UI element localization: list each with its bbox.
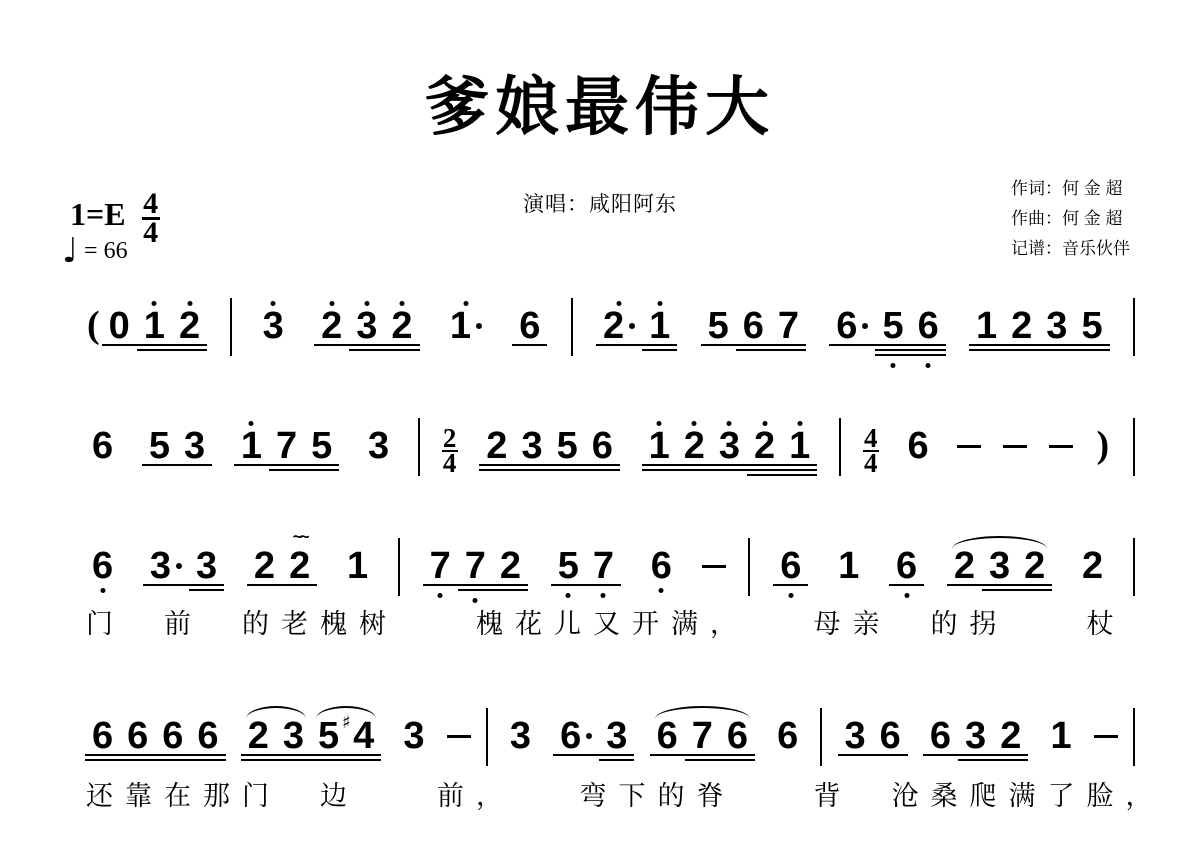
note-group: 6666 bbox=[85, 722, 226, 750]
beam-line bbox=[479, 464, 514, 466]
augmentation-dot bbox=[176, 563, 182, 569]
beam-line bbox=[550, 469, 585, 471]
note-group: 6 bbox=[85, 432, 120, 460]
note: 3 bbox=[514, 432, 549, 460]
beam-line bbox=[875, 349, 910, 351]
note: 5 bbox=[875, 312, 910, 340]
note-group: 656 bbox=[829, 312, 945, 340]
dash-note bbox=[1003, 445, 1027, 448]
note-number: 5 bbox=[558, 552, 579, 580]
note-number: 2 bbox=[486, 432, 507, 460]
note: 5 bbox=[142, 432, 177, 460]
note-number: 6 bbox=[651, 552, 672, 580]
note: 2 bbox=[596, 312, 642, 340]
note-number: 1 bbox=[649, 432, 670, 460]
beam-line bbox=[137, 344, 172, 346]
note-group: ) bbox=[1094, 432, 1111, 460]
note-number: 5 bbox=[557, 432, 578, 460]
meter-numerator: 4 bbox=[143, 192, 158, 216]
note: 6 bbox=[720, 722, 755, 750]
note-number: 1 bbox=[976, 312, 997, 340]
note: 3 bbox=[189, 552, 224, 580]
note-number: 2 bbox=[1024, 552, 1045, 580]
beam-line bbox=[190, 754, 225, 756]
beam-line bbox=[712, 469, 747, 471]
note-group: 676 bbox=[650, 722, 755, 750]
note-group: 3 bbox=[361, 432, 396, 460]
beam-line bbox=[677, 469, 712, 471]
note: 6 bbox=[889, 552, 924, 580]
barline bbox=[839, 418, 841, 476]
slur-arc bbox=[952, 536, 1047, 549]
beam-line bbox=[85, 759, 120, 761]
note: 6 bbox=[85, 722, 120, 750]
note: 6 bbox=[736, 312, 771, 340]
note-group: (012 bbox=[85, 312, 207, 340]
note-number: 2 bbox=[1011, 312, 1032, 340]
note-group: 6 bbox=[889, 552, 924, 580]
note-group: 3 bbox=[396, 722, 431, 750]
beam-line bbox=[947, 584, 982, 586]
beam-line bbox=[586, 584, 621, 586]
beam-line bbox=[969, 344, 1004, 346]
beam-line bbox=[1039, 349, 1074, 351]
note: 2 bbox=[993, 722, 1028, 750]
beam-line bbox=[685, 759, 720, 761]
note-number: 3 bbox=[510, 722, 531, 750]
note: 6 bbox=[650, 722, 685, 750]
beam-line bbox=[514, 464, 549, 466]
note: 6 bbox=[85, 432, 120, 460]
note-group: 632 bbox=[923, 722, 1028, 750]
note: 6 bbox=[923, 722, 958, 750]
note: 5 bbox=[304, 432, 339, 460]
octave-dot-high bbox=[187, 301, 192, 306]
note-number: 5 bbox=[311, 432, 332, 460]
octave-dot-high bbox=[463, 301, 468, 306]
beam-line bbox=[349, 344, 384, 346]
note-group: 567 bbox=[701, 312, 806, 340]
notation-credit: 记谱：音乐伙伴 bbox=[1011, 234, 1130, 264]
beam-line bbox=[550, 464, 585, 466]
note-number: 1 bbox=[649, 312, 670, 340]
note: 2 bbox=[384, 312, 419, 340]
barline bbox=[820, 708, 822, 766]
note-number: 2 bbox=[254, 552, 275, 580]
score-line-2: 653175324235612321446) bbox=[85, 432, 1135, 460]
octave-dot-low bbox=[473, 598, 478, 603]
note-number: 1 bbox=[144, 312, 165, 340]
note-group: 232 bbox=[314, 312, 419, 340]
note: 2 bbox=[1017, 552, 1052, 580]
credits-block: 作词：何 金 超 作曲：何 金 超 记谱：音乐伙伴 bbox=[1011, 174, 1130, 264]
note-number: 3 bbox=[521, 432, 542, 460]
note: 2 bbox=[747, 432, 782, 460]
note-number: 3 bbox=[1046, 312, 1067, 340]
mordent-icon: ~~ bbox=[293, 528, 307, 545]
note-group: 36 bbox=[838, 722, 908, 750]
beam-line bbox=[172, 344, 207, 346]
beam-line bbox=[551, 584, 586, 586]
note: 5 bbox=[311, 722, 346, 750]
beam-line bbox=[650, 754, 685, 756]
note-group: 1 bbox=[340, 552, 375, 580]
note-group: 6 bbox=[85, 552, 120, 580]
note: 6 bbox=[911, 312, 946, 340]
octave-dot-low bbox=[788, 593, 793, 598]
beam-line bbox=[234, 464, 269, 466]
note-number: 6 bbox=[780, 552, 801, 580]
note-number: 2 bbox=[954, 552, 975, 580]
note-group: 57 bbox=[551, 552, 621, 580]
note-group: 1 bbox=[443, 312, 489, 340]
beam-line bbox=[276, 759, 311, 761]
barline bbox=[1133, 708, 1135, 766]
note-group: 6 bbox=[512, 312, 547, 340]
octave-dot-high bbox=[727, 421, 732, 426]
beam-line bbox=[512, 344, 547, 346]
octave-dot-low bbox=[659, 588, 664, 593]
octave-dot-high bbox=[152, 301, 157, 306]
note-number: 2 bbox=[391, 312, 412, 340]
beam-line bbox=[172, 349, 207, 351]
note: 3 bbox=[599, 722, 634, 750]
beam-line bbox=[642, 349, 677, 351]
note-number: 3 bbox=[263, 312, 284, 340]
note-number: 2 bbox=[1000, 722, 1021, 750]
note-number: 1 bbox=[450, 312, 471, 340]
note-number: 5 bbox=[318, 722, 339, 750]
note-number: 5 bbox=[149, 432, 170, 460]
octave-dot-high bbox=[329, 301, 334, 306]
octave-dot-high bbox=[692, 421, 697, 426]
beam-line bbox=[911, 349, 946, 351]
beam-line bbox=[958, 754, 993, 756]
beam-line bbox=[423, 584, 458, 586]
beam-line bbox=[782, 474, 817, 476]
beam-line bbox=[349, 349, 384, 351]
note-number: 3 bbox=[719, 432, 740, 460]
beam-line bbox=[143, 584, 189, 586]
beam-line bbox=[1004, 344, 1039, 346]
note: 1 bbox=[443, 312, 489, 340]
beam-line bbox=[458, 589, 493, 591]
beam-line bbox=[911, 344, 946, 346]
beam-line bbox=[346, 754, 381, 756]
augmentation-dot bbox=[862, 323, 868, 329]
note-number: 3 bbox=[356, 312, 377, 340]
note-number: 0 bbox=[109, 312, 130, 340]
meter-denominator: 4 bbox=[143, 221, 158, 245]
note-number: 2 bbox=[684, 432, 705, 460]
note: 6 bbox=[512, 312, 547, 340]
dash-note bbox=[447, 735, 471, 738]
beam-line bbox=[642, 344, 677, 346]
beam-line bbox=[677, 464, 712, 466]
note-number: 2 bbox=[248, 722, 269, 750]
note-number: 6 bbox=[896, 552, 917, 580]
note-group: 53 bbox=[142, 432, 212, 460]
note: 3 bbox=[361, 432, 396, 460]
note: 0 bbox=[102, 312, 137, 340]
note-number: 2 bbox=[754, 432, 775, 460]
lyrics-line-1: 门 前 的老槐树 槐花儿又开满， 母亲 的拐 杖 bbox=[86, 608, 1126, 640]
octave-dot-low bbox=[438, 593, 443, 598]
beam-line bbox=[241, 759, 276, 761]
beam-line bbox=[712, 464, 747, 466]
beam-line bbox=[479, 469, 514, 471]
beam-line bbox=[782, 469, 817, 471]
note: 3 bbox=[143, 552, 189, 580]
beam-line bbox=[875, 354, 910, 356]
beam-line bbox=[553, 754, 599, 756]
time-signature-main: 4 4 bbox=[142, 192, 160, 245]
note-number: 7 bbox=[778, 312, 799, 340]
note: 3 bbox=[982, 552, 1017, 580]
note: 6 bbox=[773, 552, 808, 580]
slur-arc bbox=[655, 706, 750, 719]
note: 2 bbox=[947, 552, 982, 580]
beam-line bbox=[311, 759, 346, 761]
beam-line bbox=[773, 584, 808, 586]
note-number: 6 bbox=[560, 722, 581, 750]
note: 6 bbox=[190, 722, 225, 750]
note-number: 1 bbox=[347, 552, 368, 580]
note: 2~~ bbox=[282, 552, 317, 580]
note-number: 6 bbox=[777, 722, 798, 750]
beam-line bbox=[642, 464, 677, 466]
time-signature-inline: 44 bbox=[863, 428, 879, 474]
time-signature-inline: 24 bbox=[442, 428, 458, 474]
note-number: 6 bbox=[918, 312, 939, 340]
note-number: 3 bbox=[989, 552, 1010, 580]
beam-line bbox=[736, 344, 771, 346]
note: 2 bbox=[1075, 552, 1110, 580]
note: 1 bbox=[782, 432, 817, 460]
note-group: 2356 bbox=[479, 432, 620, 460]
note: 1 bbox=[340, 552, 375, 580]
beam-line bbox=[923, 754, 958, 756]
key-tonic: 1=E bbox=[70, 198, 126, 230]
note: 3 bbox=[1039, 312, 1074, 340]
beam-line bbox=[747, 464, 782, 466]
augmentation-dot bbox=[586, 733, 592, 739]
note-number: 3 bbox=[606, 722, 627, 750]
barline bbox=[1133, 538, 1135, 596]
beam-line bbox=[585, 464, 620, 466]
note: 2 bbox=[479, 432, 514, 460]
octave-dot-high bbox=[617, 301, 622, 306]
beam-line bbox=[85, 754, 120, 756]
octave-dot-high bbox=[249, 421, 254, 426]
time-denominator: 4 bbox=[443, 453, 457, 474]
note-number: 1 bbox=[838, 552, 859, 580]
beam-line bbox=[269, 464, 304, 466]
beam-line bbox=[493, 584, 528, 586]
beam-line bbox=[873, 754, 908, 756]
beam-line bbox=[190, 759, 225, 761]
augmentation-dot bbox=[476, 323, 482, 329]
time-denominator: 4 bbox=[864, 453, 878, 474]
note-group: 6 bbox=[773, 552, 808, 580]
time-numerator: 2 bbox=[443, 428, 457, 449]
note: 3 bbox=[349, 312, 384, 340]
note: 6 bbox=[120, 722, 155, 750]
beam-line bbox=[241, 754, 276, 756]
octave-dot-low bbox=[904, 593, 909, 598]
score-line-4: 6666235♯433636766366321 bbox=[85, 722, 1135, 750]
song-title: 爹娘最伟大 bbox=[0, 76, 1200, 140]
note: 1 bbox=[831, 552, 866, 580]
beam-line bbox=[276, 754, 311, 756]
note-number: 3 bbox=[965, 722, 986, 750]
note-number: 3 bbox=[845, 722, 866, 750]
note-number: 3 bbox=[196, 552, 217, 580]
octave-dot-high bbox=[797, 421, 802, 426]
augmentation-dot bbox=[629, 323, 635, 329]
barline bbox=[571, 298, 573, 356]
note: 2 bbox=[677, 432, 712, 460]
slur-arc bbox=[246, 706, 306, 719]
beam-line bbox=[993, 759, 1028, 761]
parenthesis: ) bbox=[1094, 432, 1111, 460]
note: 3 bbox=[838, 722, 873, 750]
beam-line bbox=[969, 349, 1004, 351]
note-group: 6 bbox=[770, 722, 805, 750]
beam-line bbox=[247, 584, 282, 586]
beam-line bbox=[1074, 349, 1109, 351]
note: 1 bbox=[642, 432, 677, 460]
note: ♯4 bbox=[346, 722, 381, 750]
note-number: 3 bbox=[150, 552, 171, 580]
note-group: 63 bbox=[553, 722, 634, 750]
beam-line bbox=[311, 754, 346, 756]
time-numerator: 4 bbox=[864, 428, 878, 449]
note: 2 bbox=[314, 312, 349, 340]
note: 1 bbox=[969, 312, 1004, 340]
quarter-note-icon: ♩ bbox=[62, 234, 78, 268]
note-number: 6 bbox=[92, 722, 113, 750]
octave-dot-high bbox=[271, 301, 276, 306]
note-number: 6 bbox=[592, 432, 613, 460]
barline bbox=[230, 298, 232, 356]
beam-line bbox=[596, 344, 642, 346]
octave-dot-high bbox=[657, 421, 662, 426]
note-number: 5 bbox=[882, 312, 903, 340]
beam-line bbox=[314, 344, 349, 346]
note-number: 6 bbox=[162, 722, 183, 750]
dash-note bbox=[1094, 735, 1118, 738]
beam-line bbox=[911, 354, 946, 356]
note-number: 6 bbox=[930, 722, 951, 750]
note-number: 1 bbox=[1050, 722, 1071, 750]
note-number: 2 bbox=[1082, 552, 1103, 580]
note-group: 22~~ bbox=[247, 552, 317, 580]
beam-line bbox=[1039, 344, 1074, 346]
note-number: 6 bbox=[197, 722, 218, 750]
beam-line bbox=[1017, 584, 1052, 586]
beam-line bbox=[102, 344, 137, 346]
beam-line bbox=[177, 464, 212, 466]
note: 1 bbox=[642, 312, 677, 340]
note: 2 bbox=[493, 552, 528, 580]
note-number: 6 bbox=[743, 312, 764, 340]
note-group: 21 bbox=[596, 312, 677, 340]
beam-line bbox=[736, 349, 771, 351]
note-group: 3 bbox=[256, 312, 291, 340]
score-line-1: (012323216215676561235 bbox=[85, 312, 1135, 340]
beam-line bbox=[599, 754, 634, 756]
beam-line bbox=[771, 349, 806, 351]
beam-line bbox=[155, 754, 190, 756]
note: 2 bbox=[247, 552, 282, 580]
note-group: 3 bbox=[503, 722, 538, 750]
note-number: 1 bbox=[789, 432, 810, 460]
beam-line bbox=[120, 759, 155, 761]
note-number: 6 bbox=[907, 432, 928, 460]
note-number: 6 bbox=[92, 432, 113, 460]
barline bbox=[748, 538, 750, 596]
beam-line bbox=[982, 584, 1017, 586]
barline bbox=[1133, 298, 1135, 356]
note-number: 6 bbox=[836, 312, 857, 340]
note: 7 bbox=[269, 432, 304, 460]
beam-line bbox=[958, 759, 993, 761]
beam-line bbox=[304, 464, 339, 466]
beam-line bbox=[771, 344, 806, 346]
note: 3 bbox=[958, 722, 993, 750]
beam-line bbox=[642, 469, 677, 471]
dash-note bbox=[957, 445, 981, 448]
beam-line bbox=[142, 464, 177, 466]
note: 1 bbox=[137, 312, 172, 340]
note-group: 1 bbox=[1043, 722, 1078, 750]
note: 6 bbox=[873, 722, 908, 750]
note: 3 bbox=[396, 722, 431, 750]
dash-note bbox=[1049, 445, 1073, 448]
note: 1 bbox=[234, 432, 269, 460]
barline bbox=[1133, 418, 1135, 476]
beam-line bbox=[1074, 344, 1109, 346]
note: 3 bbox=[256, 312, 291, 340]
note-group: 12321 bbox=[642, 432, 818, 460]
note: 6 bbox=[585, 432, 620, 460]
note-number: 6 bbox=[657, 722, 678, 750]
octave-dot-high bbox=[762, 421, 767, 426]
note: 6 bbox=[770, 722, 805, 750]
note-group: 232 bbox=[947, 552, 1052, 580]
beam-line bbox=[304, 469, 339, 471]
note-number: 2 bbox=[289, 552, 310, 580]
note-number: 2 bbox=[179, 312, 200, 340]
lyricist-credit: 作词：何 金 超 bbox=[1011, 174, 1130, 204]
beam-line bbox=[829, 344, 875, 346]
note: 6 bbox=[644, 552, 679, 580]
beam-line bbox=[720, 759, 755, 761]
beam-line bbox=[155, 759, 190, 761]
note: 6 bbox=[155, 722, 190, 750]
note-group: 2 bbox=[1075, 552, 1110, 580]
note-group: 6 bbox=[644, 552, 679, 580]
lyrics-line-2: 还靠在那门 边 前， 弯下的脊 背 沧桑爬满了脸， bbox=[86, 780, 1165, 812]
beam-line bbox=[982, 589, 1017, 591]
note: 2 bbox=[241, 722, 276, 750]
note-number: 2 bbox=[500, 552, 521, 580]
note: 7 bbox=[685, 722, 720, 750]
octave-dot-low bbox=[601, 593, 606, 598]
beam-line bbox=[993, 754, 1028, 756]
slur-arc bbox=[316, 706, 376, 719]
